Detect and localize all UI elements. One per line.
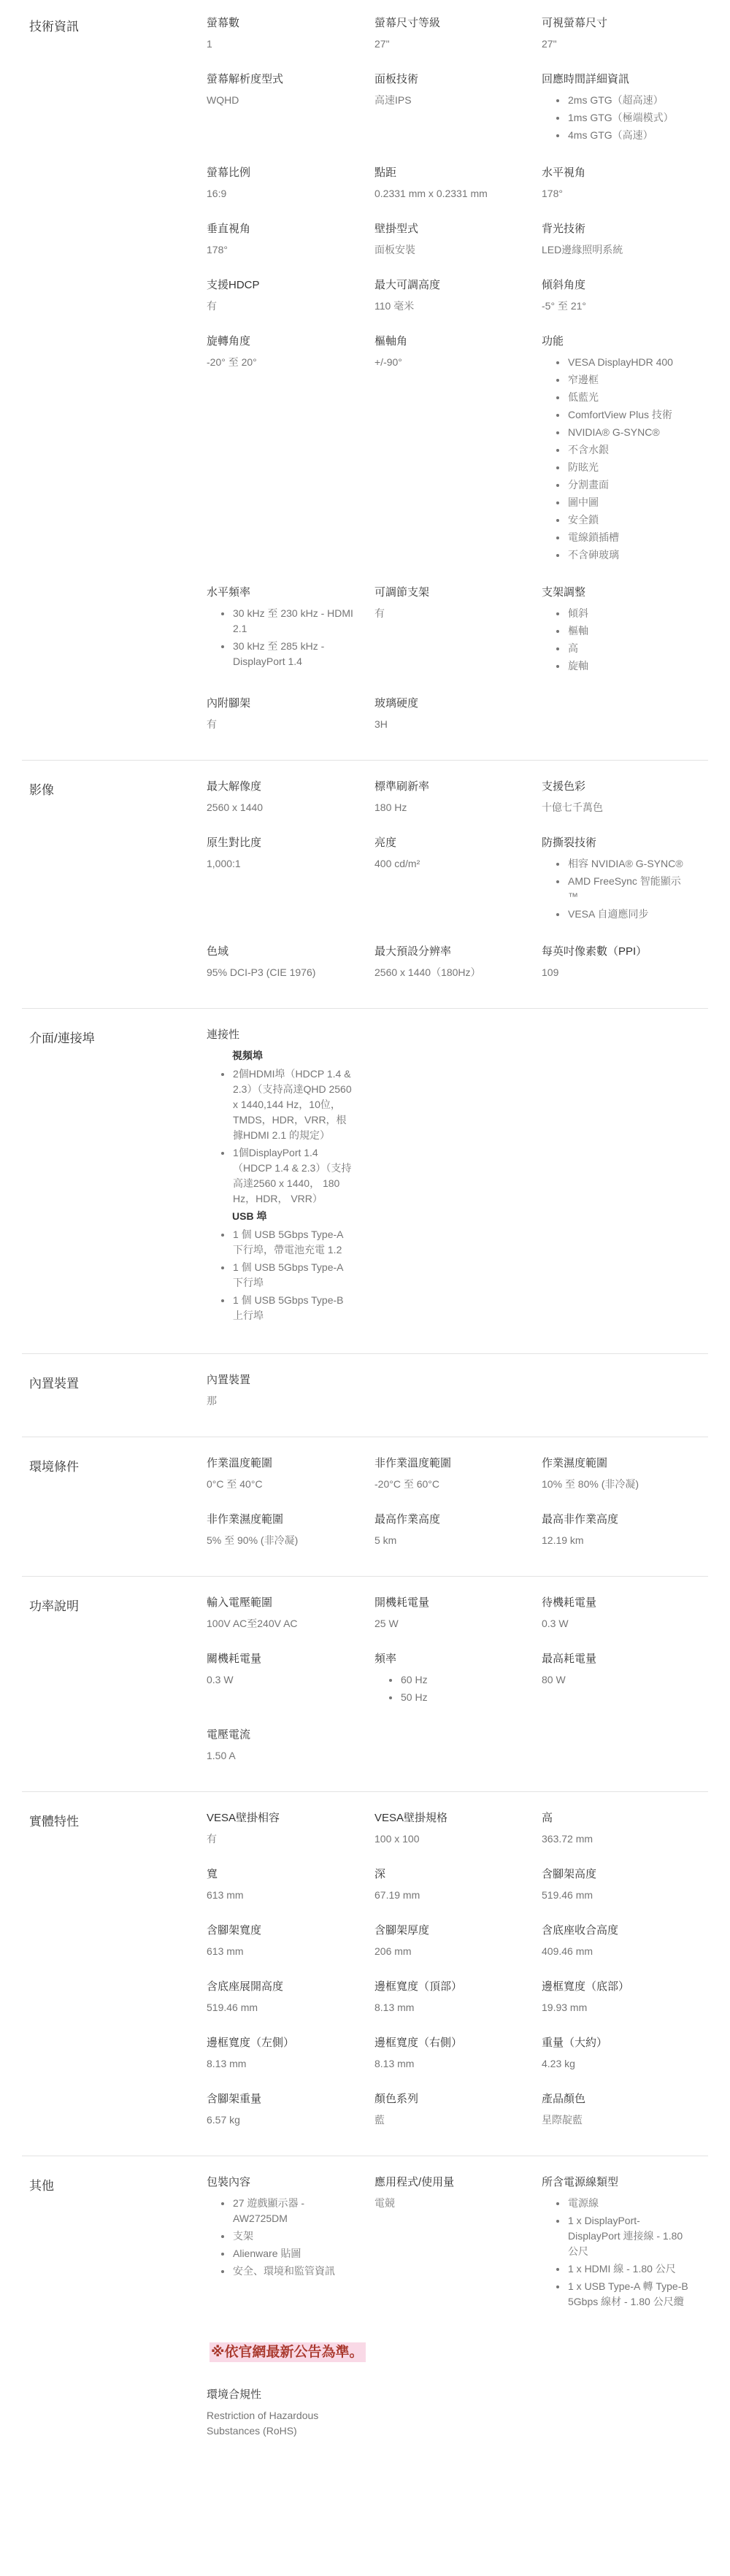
spec-bullet-item: 1 x DisplayPort-DisplayPort 連接線 - 1.80 公… [567,2213,689,2259]
spec-bullet-item: 1 個 USB 5Gbps Type-A 下行埠 [232,1260,356,1291]
spec-label: 關機耗電量 [207,1652,356,1666]
spec-bullet-list: VESA DisplayHDR 400窄邊框低藍光ComfortView Plu… [542,355,689,563]
spec-bullet-item: 1 x HDMI 線 - 1.80 公尺 [567,2261,689,2277]
spec-label: 開機耗電量 [374,1596,523,1610]
spec-bullet-item: 30 kHz 至 285 kHz - DisplayPort 1.4 [232,639,356,669]
spec-pair: 螢幕比例16:9 [207,166,374,222]
spec-pair: 高363.72 mm [542,1811,708,1867]
spec-value: 409.46 mm [542,1944,689,1959]
spec-value: 110 毫米 [374,299,523,314]
spec-value: 67.19 mm [374,1888,523,1903]
spec-pair: 可調節支架有 [374,585,542,642]
spec-label: 支援HDCP [207,278,356,293]
spec-bullet-item: 27 遊戲顯示器 - AW2725DM [232,2196,356,2226]
spec-pair: 待機耗電量0.3 W [542,1596,708,1652]
spec-bullet-list: 1 個 USB 5Gbps Type-A 下行埠，帶電池充電 1.21 個 US… [207,1227,356,1323]
spec-pair: 邊框寬度（右側）8.13 mm [374,2036,542,2092]
spec-value: 高速IPS [374,93,523,108]
spec-value: 1.50 A [207,1748,356,1764]
spec-bullet-list: 60 Hz50 Hz [374,1672,523,1705]
spec-pair: VESA壁掛規格100 x 100 [374,1811,542,1867]
spec-pair: 電壓電流1.50 A [207,1728,374,1784]
section-title: 介面/連接埠 [22,1028,207,1047]
spec-label: 含腳架寬度 [207,1923,356,1938]
spec-pair: 最高作業高度5 km [374,1512,542,1569]
spec-label: 非作業溫度範圍 [374,1456,523,1471]
spec-value: 27" [542,36,689,52]
spec-bullet-item: 60 Hz [400,1672,523,1688]
spec-pair: 面板技術高速IPS [374,72,542,128]
spec-bullet-item: 不含砷玻璃 [567,547,689,563]
spec-label: 所含電源線類型 [542,2175,689,2190]
spec-pair: 旋轉角度-20° 至 20° [207,334,374,391]
spec-bullet-item: 不含水銀 [567,442,689,458]
section-title: 環境條件 [22,1456,207,1475]
spec-bullet-item: 1個DisplayPort 1.4（HDCP 1.4 & 2.3）（支持高達25… [232,1145,356,1207]
spec-pair: 最大預設分辨率2560 x 1440（180Hz） [374,945,542,1001]
spec-bullet-list: 相容 NVIDIA® G-SYNC®AMD FreeSync 智能顯示™VESA… [542,856,689,922]
section-body: 內置裝置那 [207,1373,708,1429]
spec-label: 垂直視角 [207,222,356,237]
spec-value: 2560 x 1440（180Hz） [374,965,523,980]
spec-bullet-item: NVIDIA® G-SYNC® [567,425,689,440]
spec-bullet-item: 電源線 [567,2196,689,2211]
section-title: 內置裝置 [22,1373,207,1392]
spec-label: 壁掛型式 [374,222,523,237]
spec-pair: 螢幕數1 [207,16,374,72]
spec-value: 0.3 W [542,1616,689,1631]
section-others: 其他包裝內容27 遊戲顯示器 - AW2725DM支架Alienware 貼圖安… [22,2156,708,2467]
spec-value: 100V AC至240V AC [207,1616,356,1631]
spec-label: 含腳架高度 [542,1867,689,1882]
spec-bullet-item: 高 [567,641,689,656]
spec-bullet-item: 電線鎖插槽 [567,530,689,545]
spec-bullet-item: 圖中圖 [567,495,689,510]
spec-pair: 最大可調高度110 毫米 [374,278,542,334]
spec-pair: 壁掛型式面板安裝 [374,222,542,278]
section-title: 實體特性 [22,1811,207,1830]
spec-label: 環境合規性 [207,2388,356,2402]
spec-pair: 最高非作業高度12.19 km [542,1512,708,1569]
spec-value: 8.13 mm [207,2056,356,2072]
spec-pair: 含底座收合高度409.46 mm [542,1923,708,1980]
spec-pair: 應用程式/使用量電競 [374,2175,542,2231]
spec-bullet-item: 安全、環境和監管資訊 [232,2264,356,2279]
spec-pair: 回應時間詳細資訊2ms GTG（超高速）1ms GTG（極端模式）4ms GTG… [542,72,708,166]
spec-pair: 原生對比度1,000:1 [207,836,374,892]
spec-label: 防撕裂技術 [542,836,689,850]
spec-pair: 水平頻率30 kHz 至 230 kHz - HDMI 2.130 kHz 至 … [207,585,374,692]
spec-pair: 顏色系列藍 [374,2092,542,2148]
spec-value: 有 [207,1831,356,1847]
spec-pair: 傾斜角度-5° 至 21° [542,278,708,334]
spec-pair: 含腳架厚度206 mm [374,1923,542,1980]
section-body: 包裝內容27 遊戲顯示器 - AW2725DM支架Alienware 貼圖安全、… [207,2175,708,2459]
spec-label: VESA壁掛相容 [207,1811,356,1826]
spec-pair: 垂直視角178° [207,222,374,278]
spec-value: 十億七千萬色 [542,800,689,815]
spec-label: 內附腳架 [207,696,356,711]
section-interface-ports: 介面/連接埠連接性視頻埠2個HDMI埠（HDCP 1.4 & 2.3）（支持高達… [22,1008,708,1353]
spec-value: 95% DCI-P3 (CIE 1976) [207,965,356,980]
spec-label: 含底座展開高度 [207,1980,356,1994]
spec-pair: 含腳架寬度613 mm [207,1923,374,1980]
spec-value: 178° [207,242,356,258]
spec-label: 含腳架重量 [207,2092,356,2107]
spec-value: 80 W [542,1672,689,1688]
spec-label: 作業濕度範圍 [542,1456,689,1471]
spec-label: 寬 [207,1867,356,1882]
section-video: 影像最大解像度2560 x 1440標準刷新率180 Hz支援色彩十億七千萬色原… [22,760,708,1008]
spec-bullet-item: 50 Hz [400,1690,523,1705]
spec-empty-cell [542,696,708,717]
spec-value: 8.13 mm [374,2056,523,2072]
spec-pair: 環境合規性Restriction of Hazardous Substances… [207,2388,374,2459]
spec-label: 包裝內容 [207,2175,356,2190]
spec-label: 水平視角 [542,166,689,180]
spec-value: WQHD [207,93,356,108]
spec-label: 標準刷新率 [374,780,523,794]
spec-label: 內置裝置 [207,1373,356,1388]
spec-pair: 輸入電壓範圍100V AC至240V AC [207,1596,374,1652]
section-built-in-devices: 內置裝置內置裝置那 [22,1353,708,1437]
spec-pair: 防撕裂技術相容 NVIDIA® G-SYNC®AMD FreeSync 智能顯示… [542,836,708,945]
spec-empty-cell [542,1728,708,1748]
spec-value: 3H [374,717,523,732]
spec-label: 螢幕數 [207,16,356,31]
spec-label: 背光技術 [542,222,689,237]
spec-value: 5% 至 90% (非冷凝) [207,1533,356,1548]
spec-pair: VESA壁掛相容有 [207,1811,374,1867]
spec-label: 應用程式/使用量 [374,2175,523,2190]
spec-label: VESA壁掛規格 [374,1811,523,1826]
spec-value: 206 mm [374,1944,523,1959]
spec-pair: 最高耗電量80 W [542,1652,708,1708]
section-technical-information: 技術資訊螢幕數1螢幕尺寸等級27"可視螢幕尺寸27"螢幕解析度型式WQHD面板技… [22,10,708,760]
spec-label: 電壓電流 [207,1728,356,1742]
spec-value: 613 mm [207,1944,356,1959]
spec-label: 原生對比度 [207,836,356,850]
section-title: 技術資訊 [22,16,207,35]
spec-pair: 功能VESA DisplayHDR 400窄邊框低藍光ComfortView P… [542,334,708,585]
spec-label: 邊框寬度（右側） [374,2036,523,2050]
spec-bullet-item: 1 個 USB 5Gbps Type-B 上行埠 [232,1293,356,1323]
spec-bullet-item: AMD FreeSync 智能顯示™ [567,874,689,904]
spec-bullet-item: 2個HDMI埠（HDCP 1.4 & 2.3）（支持高達QHD 2560 x 1… [232,1066,356,1143]
spec-value: +/-90° [374,355,523,370]
spec-bullet-item: 1 個 USB 5Gbps Type-A 下行埠，帶電池充電 1.2 [232,1227,356,1258]
spec-pair: 頻率60 Hz50 Hz [374,1652,542,1728]
spec-label: 傾斜角度 [542,278,689,293]
spec-value: 2560 x 1440 [207,800,356,815]
spec-pair: 背光技術LED邊緣照明系統 [542,222,708,278]
spec-label: 待機耗電量 [542,1596,689,1610]
spec-bullet-list: 電源線1 x DisplayPort-DisplayPort 連接線 - 1.8… [542,2196,689,2310]
spec-label: 支援色彩 [542,780,689,794]
spec-bullet-item: 2ms GTG（超高速） [567,93,689,108]
spec-bullet-item: 1 x USB Type-A 轉 Type-B 5Gbps 線材 - 1.80 … [567,2279,689,2310]
section-body: VESA壁掛相容有VESA壁掛規格100 x 100高363.72 mm寬613… [207,1811,708,2148]
spec-value: 0.3 W [207,1672,356,1688]
spec-value: 那 [207,1393,356,1409]
spec-value: 4.23 kg [542,2056,689,2072]
spec-value: 400 cd/m² [374,856,523,872]
spec-value: 178° [542,186,689,201]
spec-bullet-item: 4ms GTG（高速） [567,128,689,143]
spec-bullet-item: 安全鎖 [567,512,689,528]
spec-bullet-list: 27 遊戲顯示器 - AW2725DM支架Alienware 貼圖安全、環境和監… [207,2196,356,2279]
spec-pair: 支架調整傾斜樞軸高旋軸 [542,585,708,696]
spec-label: 最大解像度 [207,780,356,794]
spec-label: 支架調整 [542,585,689,600]
spec-label: 可調節支架 [374,585,523,600]
spec-empty-cell [374,1373,542,1393]
spec-label: 旋轉角度 [207,334,356,349]
spec-label: 面板技術 [374,72,523,87]
spec-pair: 非作業濕度範圍5% 至 90% (非冷凝) [207,1512,374,1569]
spec-value: 電競 [374,2196,523,2211]
spec-label: 最高耗電量 [542,1652,689,1666]
spec-bullet-item: 樞軸 [567,623,689,639]
spec-label: 重量（大約） [542,2036,689,2050]
spec-value: 519.46 mm [207,2000,356,2015]
spec-label: 顏色系列 [374,2092,523,2107]
spec-pair: 每英吋像素數（PPI）109 [542,945,708,1001]
section-body: 螢幕數1螢幕尺寸等級27"可視螢幕尺寸27"螢幕解析度型式WQHD面板技術高速I… [207,16,708,753]
spec-bullet-item: 相容 NVIDIA® G-SYNC® [567,856,689,872]
spec-bullet-item: 旋軸 [567,658,689,674]
official-notice: ※依官網最新公告為準。 [210,2342,708,2363]
spec-empty-cell [542,1373,708,1393]
section-power-description: 功率說明輸入電壓範圍100V AC至240V AC開機耗電量25 W待機耗電量0… [22,1576,708,1791]
spec-pair: 邊框寬度（左側）8.13 mm [207,2036,374,2092]
spec-bullet-item: Alienware 貼圖 [232,2246,356,2261]
spec-pair: 標準刷新率180 Hz [374,780,542,836]
spec-bullet-item: 防眩光 [567,460,689,475]
spec-empty-cell [374,1028,542,1048]
spec-value: 519.46 mm [542,1888,689,1903]
spec-pair: 色域95% DCI-P3 (CIE 1976) [207,945,374,1001]
spec-label: 回應時間詳細資訊 [542,72,689,87]
spec-bullet-item: VESA 自適應同步 [567,907,689,922]
spec-pair: 產品顏色星際靛藍 [542,2092,708,2148]
spec-value: 19.93 mm [542,2000,689,2015]
spec-value: 27" [374,36,523,52]
spec-value: 1 [207,36,356,52]
spec-label: 高 [542,1811,689,1826]
spec-pair: 亮度400 cd/m² [374,836,542,892]
spec-pair: 點距0.2331 mm x 0.2331 mm [374,166,542,222]
spec-pair: 寬613 mm [207,1867,374,1923]
spec-pair: 非作業溫度範圍-20°C 至 60°C [374,1456,542,1512]
spec-label: 最大可調高度 [374,278,523,293]
spec-empty-cell [374,1728,542,1748]
spec-pair: 邊框寬度（頂部）8.13 mm [374,1980,542,2036]
spec-label: 最高作業高度 [374,1512,523,1527]
spec-bullet-item: ComfortView Plus 技術 [567,407,689,423]
spec-label: 連接性 [207,1028,356,1042]
section-environmental-conditions: 環境條件作業溫度範圍0°C 至 40°C非作業溫度範圍-20°C 至 60°C作… [22,1437,708,1576]
spec-bullet-item: 1ms GTG（極端模式） [567,110,689,126]
spec-value: 0°C 至 40°C [207,1477,356,1492]
spec-label: 含底座收合高度 [542,1923,689,1938]
spec-label: 水平頻率 [207,585,356,600]
section-title: 影像 [22,780,207,799]
spec-group-heading: 視頻埠 [232,1048,356,1064]
spec-label: 功能 [542,334,689,349]
spec-bullet-item: 分割畫面 [567,477,689,493]
spec-value: 10% 至 80% (非冷凝) [542,1477,689,1492]
spec-value: 面板安裝 [374,242,523,258]
section-body: 輸入電壓範圍100V AC至240V AC開機耗電量25 W待機耗電量0.3 W… [207,1596,708,1784]
spec-empty-cell [542,2388,708,2408]
spec-pair: 關機耗電量0.3 W [207,1652,374,1708]
spec-value: -20°C 至 60°C [374,1477,523,1492]
spec-pair: 作業溫度範圍0°C 至 40°C [207,1456,374,1512]
spec-value: 藍 [374,2112,523,2128]
spec-empty-cell [374,2388,542,2408]
spec-label: 產品顏色 [542,2092,689,2107]
section-title: 其他 [22,2175,207,2194]
spec-label: 最大預設分辨率 [374,945,523,959]
spec-value: 5 km [374,1533,523,1548]
spec-label: 色域 [207,945,356,959]
spec-bullet-item: 30 kHz 至 230 kHz - HDMI 2.1 [232,606,356,637]
spec-label: 螢幕尺寸等級 [374,16,523,31]
spec-label: 輸入電壓範圍 [207,1596,356,1610]
spec-label: 邊框寬度（底部） [542,1980,689,1994]
spec-bullet-item: 窄邊框 [567,372,689,388]
section-body: 最大解像度2560 x 1440標準刷新率180 Hz支援色彩十億七千萬色原生對… [207,780,708,1001]
spec-label: 含腳架厚度 [374,1923,523,1938]
spec-value: 有 [207,299,356,314]
spec-pair: 最大解像度2560 x 1440 [207,780,374,836]
spec-label: 深 [374,1867,523,1882]
spec-bullet-list: 2ms GTG（超高速）1ms GTG（極端模式）4ms GTG（高速） [542,93,689,143]
spec-value: 有 [374,606,523,621]
spec-bullet-list: 30 kHz 至 230 kHz - HDMI 2.130 kHz 至 285 … [207,606,356,669]
spec-pair: 重量（大約）4.23 kg [542,2036,708,2092]
spec-pair: 含底座展開高度519.46 mm [207,1980,374,2036]
spec-value: 8.13 mm [374,2000,523,2015]
spec-value: 有 [207,717,356,732]
spec-value: 0.2331 mm x 0.2331 mm [374,186,523,201]
spec-value: 16:9 [207,186,356,201]
spec-pair: 含腳架高度519.46 mm [542,1867,708,1923]
spec-bullet-item: 傾斜 [567,606,689,621]
spec-label: 樞軸角 [374,334,523,349]
spec-pair: 包裝內容27 遊戲顯示器 - AW2725DM支架Alienware 貼圖安全、… [207,2175,374,2302]
spec-bullet-item: 支架 [232,2229,356,2244]
spec-label: 玻璃硬度 [374,696,523,711]
spec-label: 螢幕解析度型式 [207,72,356,87]
spec-value: 363.72 mm [542,1831,689,1847]
spec-pair: 開機耗電量25 W [374,1596,542,1652]
section-body: 作業溫度範圍0°C 至 40°C非作業溫度範圍-20°C 至 60°C作業濕度範… [207,1456,708,1569]
spec-pair: 內置裝置那 [207,1373,374,1429]
spec-pair: 支援色彩十億七千萬色 [542,780,708,836]
spec-label: 每英吋像素數（PPI） [542,945,689,959]
spec-pair: 螢幕尺寸等級27" [374,16,542,72]
product-spec-table: 技術資訊螢幕數1螢幕尺寸等級27"可視螢幕尺寸27"螢幕解析度型式WQHD面板技… [0,0,730,2467]
spec-bullet-item: VESA DisplayHDR 400 [567,355,689,370]
spec-value: 180 Hz [374,800,523,815]
spec-pair: 連接性視頻埠2個HDMI埠（HDCP 1.4 & 2.3）（支持高達QHD 25… [207,1028,374,1346]
spec-value: Restriction of Hazardous Substances (RoH… [207,2408,356,2439]
spec-value: 6.57 kg [207,2112,356,2128]
spec-label: 邊框寬度（左側） [207,2036,356,2050]
spec-empty-cell [542,1028,708,1048]
spec-label: 邊框寬度（頂部） [374,1980,523,1994]
spec-pair: 玻璃硬度3H [374,696,542,753]
spec-pair: 所含電源線類型電源線1 x DisplayPort-DisplayPort 連接… [542,2175,708,2332]
spec-value: 1,000:1 [207,856,356,872]
spec-label: 非作業濕度範圍 [207,1512,356,1527]
spec-bullet-item: 低藍光 [567,390,689,405]
section-body: 連接性視頻埠2個HDMI埠（HDCP 1.4 & 2.3）（支持高達QHD 25… [207,1028,708,1346]
spec-label: 可視螢幕尺寸 [542,16,689,31]
spec-pair: 樞軸角+/-90° [374,334,542,391]
spec-value: 25 W [374,1616,523,1631]
spec-label: 螢幕比例 [207,166,356,180]
spec-bullet-list: 2個HDMI埠（HDCP 1.4 & 2.3）（支持高達QHD 2560 x 1… [207,1066,356,1207]
spec-label: 頻率 [374,1652,523,1666]
spec-pair: 含腳架重量6.57 kg [207,2092,374,2148]
spec-group-heading: USB 埠 [232,1209,356,1224]
spec-value: -20° 至 20° [207,355,356,370]
spec-pair: 可視螢幕尺寸27" [542,16,708,72]
spec-pair: 邊框寬度（底部）19.93 mm [542,1980,708,2036]
spec-pair: 深67.19 mm [374,1867,542,1923]
spec-label: 作業溫度範圍 [207,1456,356,1471]
spec-pair: 作業濕度範圍10% 至 80% (非冷凝) [542,1456,708,1512]
official-notice-text: ※依官網最新公告為準。 [210,2342,366,2362]
spec-value: 100 x 100 [374,1831,523,1847]
spec-bullet-list: 傾斜樞軸高旋軸 [542,606,689,674]
spec-value: -5° 至 21° [542,299,689,314]
section-physical-characteristics: 實體特性VESA壁掛相容有VESA壁掛規格100 x 100高363.72 mm… [22,1791,708,2156]
spec-value: 12.19 km [542,1533,689,1548]
spec-value: 109 [542,965,689,980]
spec-label: 亮度 [374,836,523,850]
spec-label: 點距 [374,166,523,180]
spec-pair: 螢幕解析度型式WQHD [207,72,374,128]
spec-value: 613 mm [207,1888,356,1903]
spec-value: 星際靛藍 [542,2112,689,2128]
section-title: 功率說明 [22,1596,207,1615]
spec-label: 最高非作業高度 [542,1512,689,1527]
spec-pair: 支援HDCP有 [207,278,374,334]
spec-pair: 內附腳架有 [207,696,374,753]
spec-value: LED邊緣照明系統 [542,242,689,258]
spec-pair: 水平視角178° [542,166,708,222]
